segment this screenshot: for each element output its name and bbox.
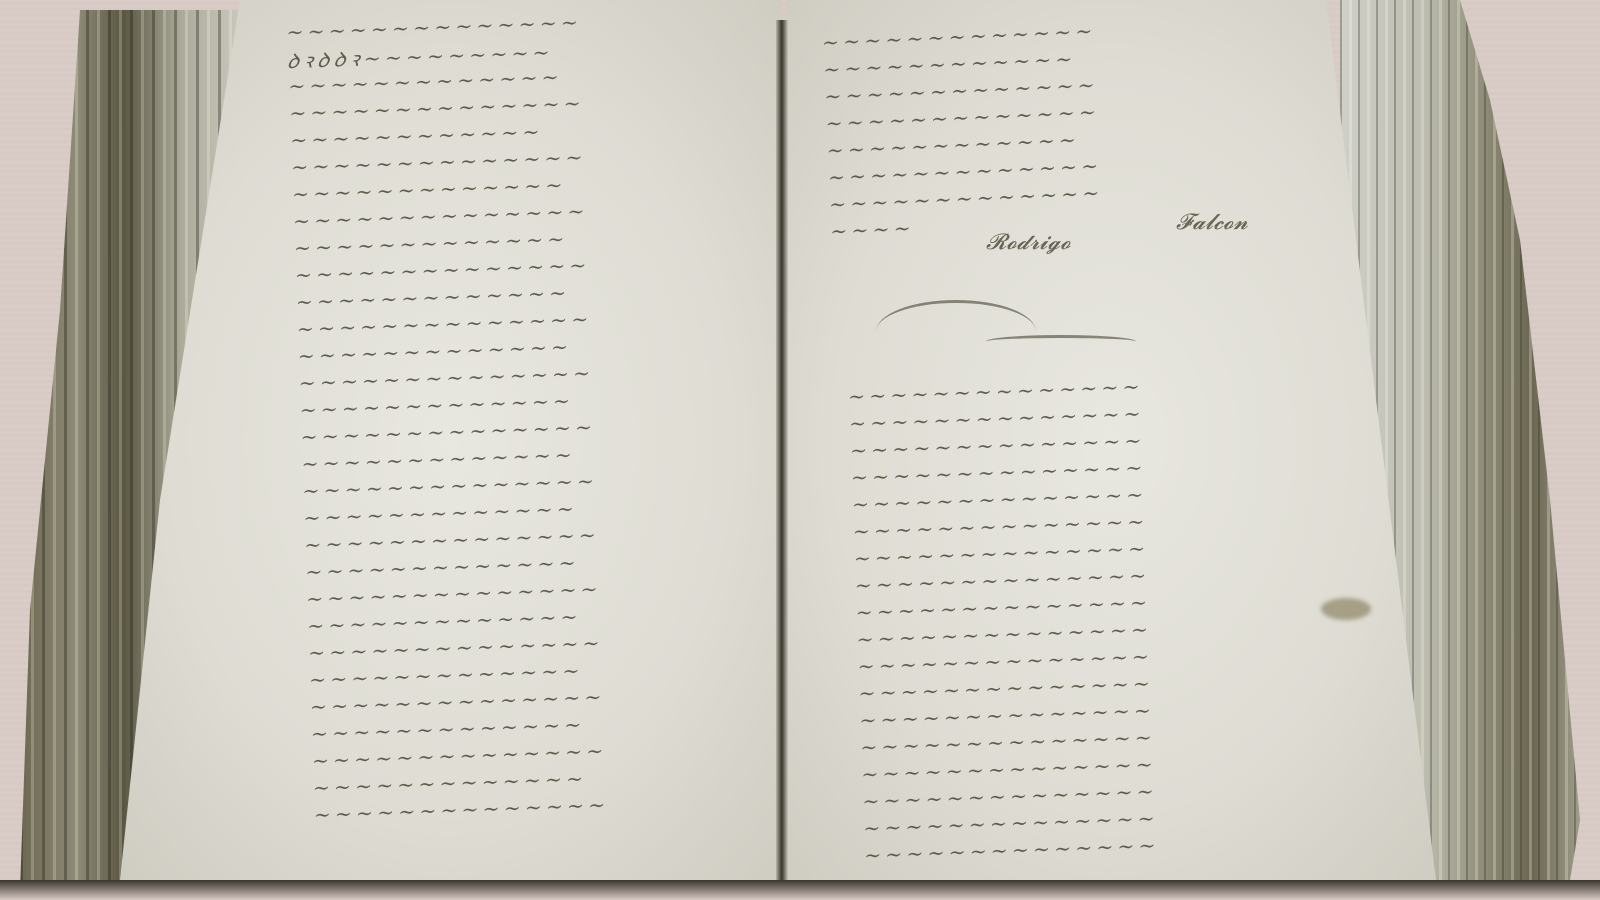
right-page-bottom-text: ~ ~ ~ ~ ~ ~ ~ ~ ~ ~ ~ ~ ~ ~~ ~ ~ ~ ~ ~ ~…	[848, 366, 1405, 871]
flourish	[876, 300, 1036, 363]
manuscript-photo: ~ ~ ~ ~ ~ ~ ~ ~ ~ ~ ~ ~ ~ ~ꝺ ꝛ ꝺ ꝺ ꝛ ~ ~…	[0, 0, 1600, 900]
signature-2: 𝓡𝓸𝓭𝓻𝓲𝓰𝓸	[986, 230, 1071, 255]
book-gutter	[776, 20, 788, 880]
left-page: ~ ~ ~ ~ ~ ~ ~ ~ ~ ~ ~ ~ ~ ~ꝺ ꝛ ꝺ ꝺ ꝛ ~ ~…	[120, 0, 782, 880]
right-page: ~ ~ ~ ~ ~ ~ ~ ~ ~ ~ ~ ~ ~~ ~ ~ ~ ~ ~ ~ ~…	[786, 0, 1436, 880]
bottom-shadow	[0, 880, 1600, 900]
flourish	[986, 335, 1136, 348]
left-page-text: ~ ~ ~ ~ ~ ~ ~ ~ ~ ~ ~ ~ ~ ~ꝺ ꝛ ꝺ ꝺ ꝛ ~ ~…	[286, 4, 774, 830]
ink-stain	[1321, 598, 1371, 620]
signature-1: 𝓕𝓪𝓵𝓬𝓸𝓷	[1176, 210, 1248, 235]
